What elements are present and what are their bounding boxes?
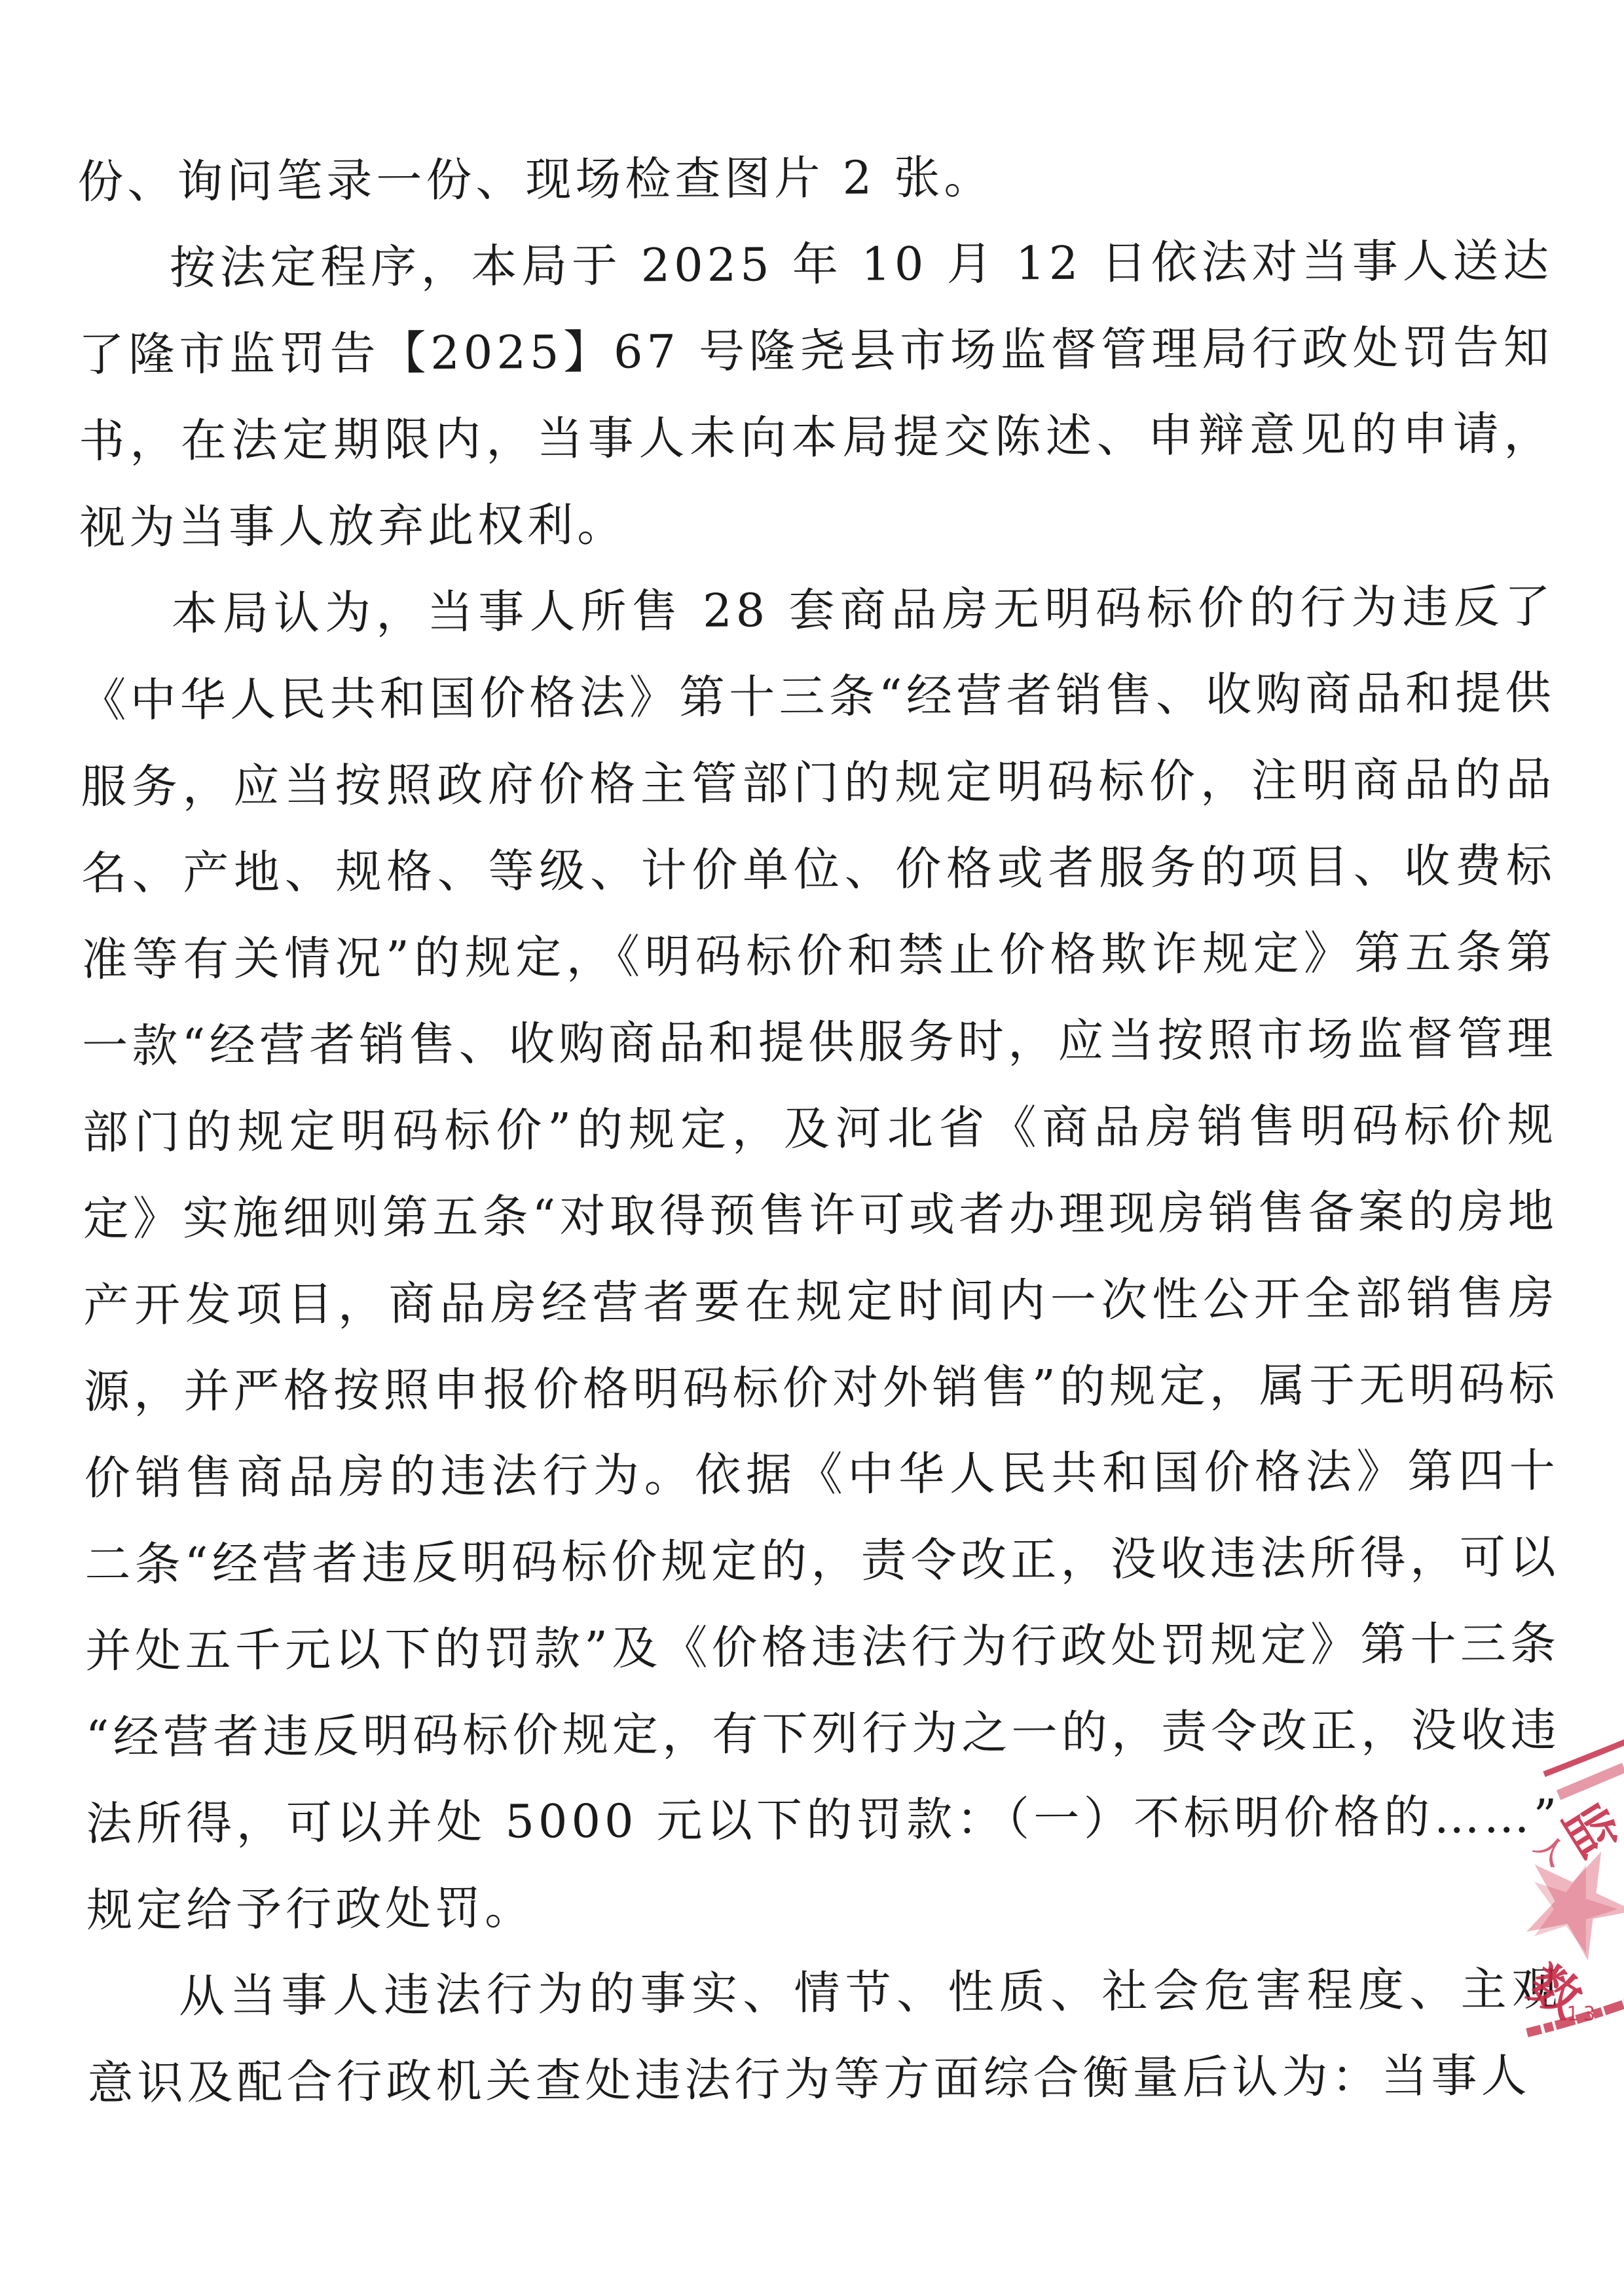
stamp-ring-top-arc-faded (1559, 1768, 1624, 1795)
paragraph-procedure: 按法定程序，本局于 2025 年 10 月 12 日依法对当事人送达了隆市监罚告… (78, 217, 1555, 571)
document-page: 份、询问笔录一份、现场检查图片 2 张。 按法定程序，本局于 2025 年 10… (0, 0, 1624, 2296)
document-body: 份、询问笔录一份、现场检查图片 2 张。 按法定程序，本局于 2025 年 10… (77, 131, 1562, 2126)
stamp-char-top: 监 (1551, 1793, 1624, 1867)
paragraph-findings: 本局认为，当事人所售 28 套商品房无明码标价的行为违反了《中华人民共和国价格法… (79, 563, 1561, 1954)
stamp-page-number: 13 (1566, 2003, 1600, 2026)
paragraph-continuation: 份、询问笔录一份、现场检查图片 2 张。 (77, 131, 1553, 225)
paragraph-assessment: 从当事人违法行为的事实、情节、性质、社会危害程度、主观意识及配合行政机关查处违法… (87, 1946, 1562, 2126)
